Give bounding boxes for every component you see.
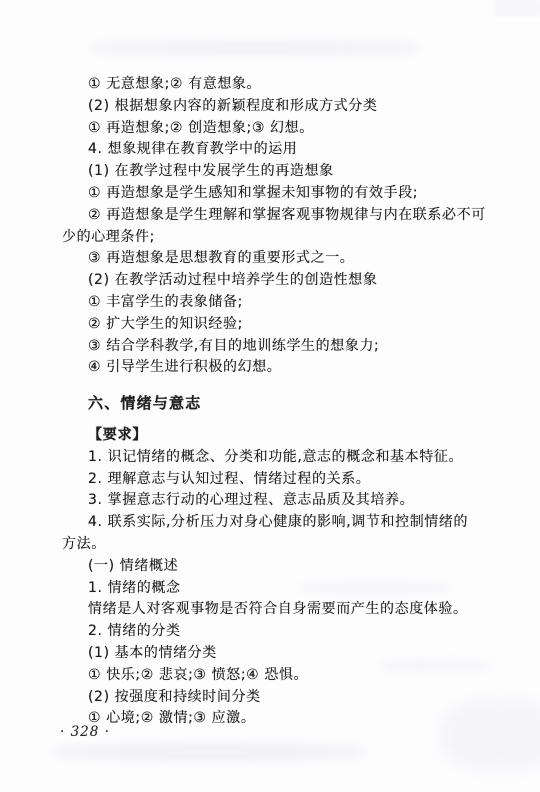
scan-smudge — [495, 0, 540, 16]
text-line: 1. 情绪的概念 — [62, 578, 514, 600]
requirements-label: 【要求】 — [62, 425, 514, 447]
text-line: ① 无意想象;② 有意想象。 — [62, 74, 514, 96]
text-line: 情绪是人对客观事物是否符合自身需要而产生的态度体验。 — [62, 599, 514, 621]
text-line: (1) 在教学过程中发展学生的再造想象 — [62, 161, 514, 183]
scan-smudge — [90, 40, 420, 56]
scanned-book-page: ① 无意想象;② 有意想象。(2) 根据想象内容的新颖程度和形成方式分类① 再造… — [0, 0, 540, 792]
text-line: 4. 想象规律在教育教学中的运用 — [62, 139, 514, 161]
text-line: ① 心境;② 激情;③ 应激。 — [62, 708, 514, 730]
text-line: 2. 情绪的分类 — [62, 621, 514, 643]
text-line: (2) 根据想象内容的新颖程度和形成方式分类 — [62, 96, 514, 118]
text-line: ② 再造想象是学生理解和掌握客观事物规律与内在联系必不可 — [62, 205, 514, 227]
text-line: 4. 联系实际,分析压力对身心健康的影响,调节和控制情绪的 — [62, 512, 514, 534]
text-line: ① 快乐;② 悲哀;③ 愤怒;④ 恐惧。 — [62, 665, 514, 687]
text-line: ③ 结合学科教学,有目的地训练学生的想象力; — [62, 336, 514, 358]
text-line: (1) 基本的情绪分类 — [62, 643, 514, 665]
text-line: ① 再造想象是学生感知和掌握未知事物的有效手段; — [62, 183, 514, 205]
text-line: 3. 掌握意志行动的心理过程、意志品质及其培养。 — [62, 490, 514, 512]
text-line: (2) 按强度和持续时间分类 — [62, 687, 514, 709]
text-line: 方法。 — [62, 534, 514, 556]
text-line: (2) 在教学活动过程中培养学生的创造性想象 — [62, 270, 514, 292]
text-line: 少的心理条件; — [62, 227, 514, 249]
text-line: (一) 情绪概述 — [62, 556, 514, 578]
scan-smudge — [55, 742, 365, 762]
text-line: 2. 理解意志与认知过程、情绪过程的关系。 — [62, 469, 514, 491]
text-line: ① 再造想象;② 创造想象;③ 幻想。 — [62, 118, 514, 140]
text-line: ② 扩大学生的知识经验; — [62, 314, 514, 336]
section-heading: 六、情绪与意志 — [62, 393, 514, 415]
text-line: ③ 再造想象是思想教育的重要形式之一。 — [62, 248, 514, 270]
text-line: 1. 识记情绪的概念、分类和功能,意志的概念和基本特征。 — [62, 447, 514, 469]
text-line: ④ 引导学生进行积极的幻想。 — [62, 357, 514, 379]
page-number: · 328 · — [60, 724, 110, 740]
text-column: ① 无意想象;② 有意想象。(2) 根据想象内容的新颖程度和形成方式分类① 再造… — [62, 74, 514, 730]
text-line: ① 丰富学生的表象储备; — [62, 292, 514, 314]
